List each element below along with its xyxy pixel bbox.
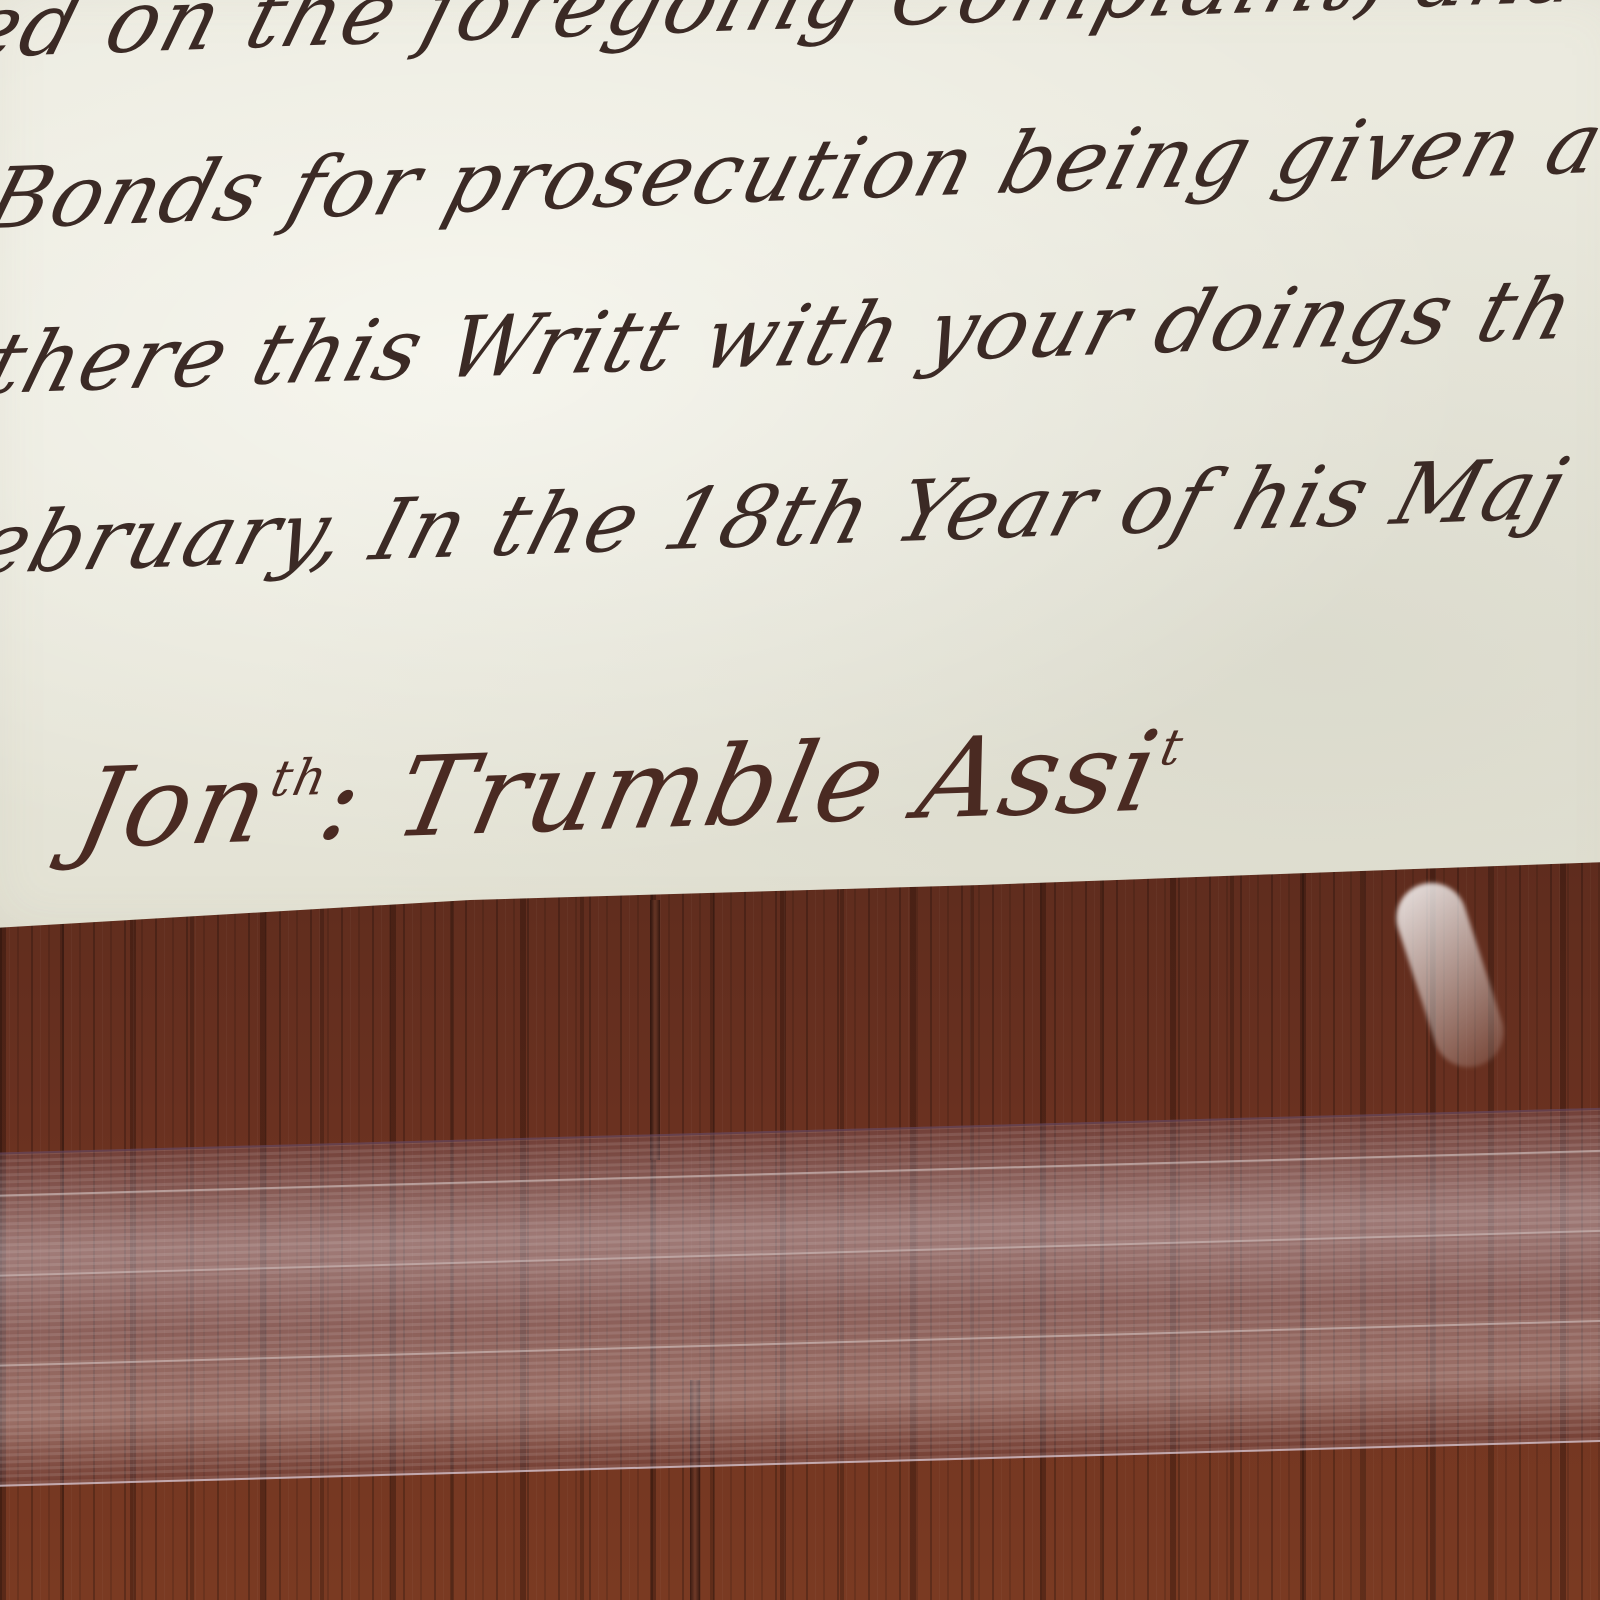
signature-surname: Trumble <box>385 716 898 862</box>
photo-scene: ed on the foregoing Complaint, and ha Bo… <box>0 0 1600 1600</box>
sleeve-ridge <box>0 1149 1600 1197</box>
plank-seam <box>650 900 660 1160</box>
signature-title: Assi <box>908 707 1171 844</box>
plastic-sleeve <box>0 1107 1600 1487</box>
signature-first-name: Jon <box>66 738 280 874</box>
signature-superscript: th <box>266 748 334 808</box>
sleeve-ridge <box>0 1229 1600 1277</box>
sleeve-ridge <box>0 1319 1600 1367</box>
